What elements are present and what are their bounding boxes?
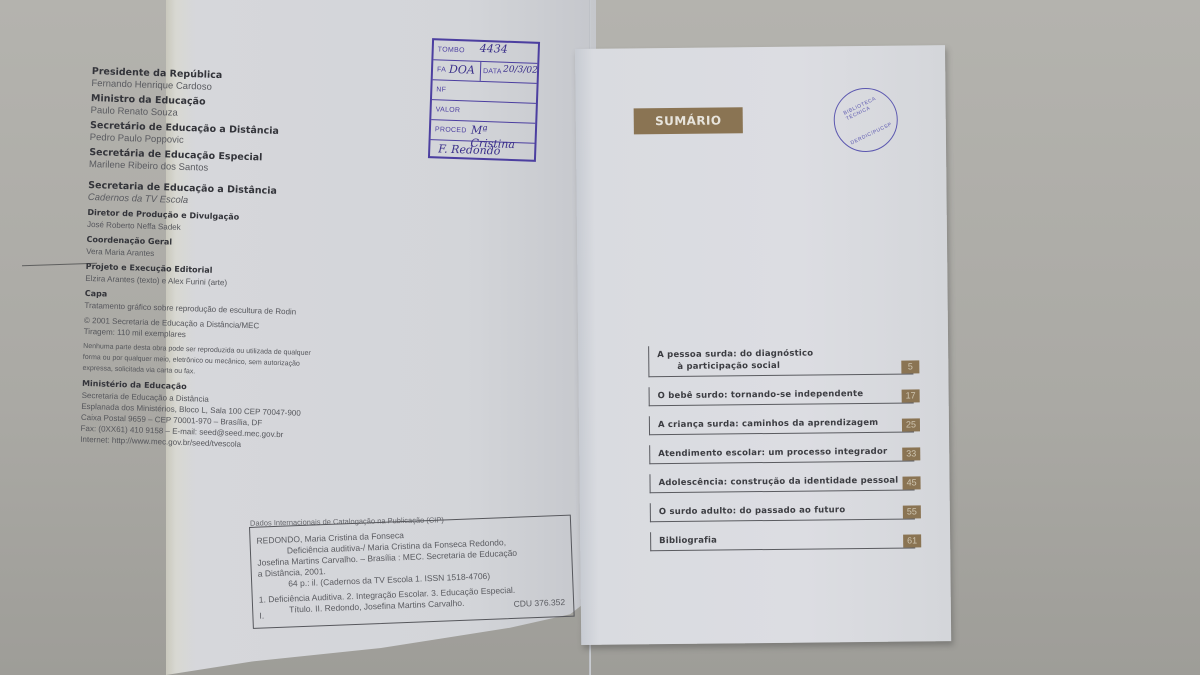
catalog-roman: I. <box>259 610 264 621</box>
toc-page-number: 17 <box>902 389 920 402</box>
rights-notice: Nenhuma parte desta obra pode ser reprod… <box>82 341 403 384</box>
table-of-contents: A pessoa surda: do diagnóstico à partici… <box>648 343 915 561</box>
toc-item[interactable]: Atendimento escolar: um processo integra… <box>649 442 914 464</box>
stamp-handwriting: 4434 <box>480 42 508 56</box>
toc-item[interactable]: Bibliografia 61 <box>650 529 915 551</box>
address-block: Ministério da Educação Secretaria de Edu… <box>80 378 402 455</box>
toc-title: Atendimento escolar: um processo integra… <box>658 445 914 460</box>
credits-block: Presidente da República Fernando Henriqu… <box>80 66 412 459</box>
catalog-cdu: CDU 376.352 <box>513 597 565 610</box>
stamp-label: VALOR <box>436 106 461 114</box>
toc-title: O bebê surdo: tornando-se independente <box>658 387 914 402</box>
toc-item[interactable]: O bebê surdo: tornando-se independente 1… <box>649 384 914 406</box>
page-title: SUMÁRIO <box>634 107 743 134</box>
toc-title: à participação social <box>657 358 913 373</box>
stamp-label: TOMBO <box>438 46 465 54</box>
toc-item[interactable]: O surdo adulto: do passado ao futuro 55 <box>650 500 915 522</box>
stamp-label: NF <box>436 86 446 93</box>
toc-title: Bibliografia <box>659 532 915 547</box>
stamp-handwriting: F. Redondo <box>438 142 501 157</box>
stamp-label: PROCED <box>435 126 467 134</box>
seal-text-bottom: DERDIC/PUCSP <box>850 121 893 146</box>
library-seal: BIBLIOTECA TÉCNICA DERDIC/PUCSP <box>833 88 898 153</box>
toc-title: A criança surda: caminhos da aprendizage… <box>658 416 914 431</box>
toc-page-number: 33 <box>902 447 920 460</box>
toc-page-number: 61 <box>903 534 921 547</box>
toc-item[interactable]: A pessoa surda: do diagnóstico à partici… <box>648 343 913 377</box>
toc-item[interactable]: Adolescência: construção da identidade p… <box>649 471 914 493</box>
toc-page-number: 5 <box>901 360 919 373</box>
stamp-handwriting: 20/3/02 <box>503 65 538 76</box>
toc-page-number: 55 <box>903 505 921 518</box>
right-page: SUMÁRIO BIBLIOTECA TÉCNICA DERDIC/PUCSP … <box>575 45 951 645</box>
stamp-handwriting: DOA <box>449 63 475 77</box>
toc-title: Adolescência: construção da identidade p… <box>658 474 914 489</box>
stamp-label: FA <box>437 66 446 73</box>
library-stamp: TOMBO 4434 FA DOA DATA 20/3/02 NF VALOR … <box>428 38 540 162</box>
toc-page-number: 45 <box>902 476 920 489</box>
toc-page-number: 25 <box>902 418 920 431</box>
toc-item[interactable]: A criança surda: caminhos da aprendizage… <box>649 413 914 435</box>
toc-title: O surdo adulto: do passado ao futuro <box>659 503 915 518</box>
seal-text-top: BIBLIOTECA TÉCNICA <box>843 88 897 122</box>
stamp-label: DATA <box>483 68 502 76</box>
catalog-card: REDONDO, Maria Cristina da Fonseca Defic… <box>249 515 575 629</box>
